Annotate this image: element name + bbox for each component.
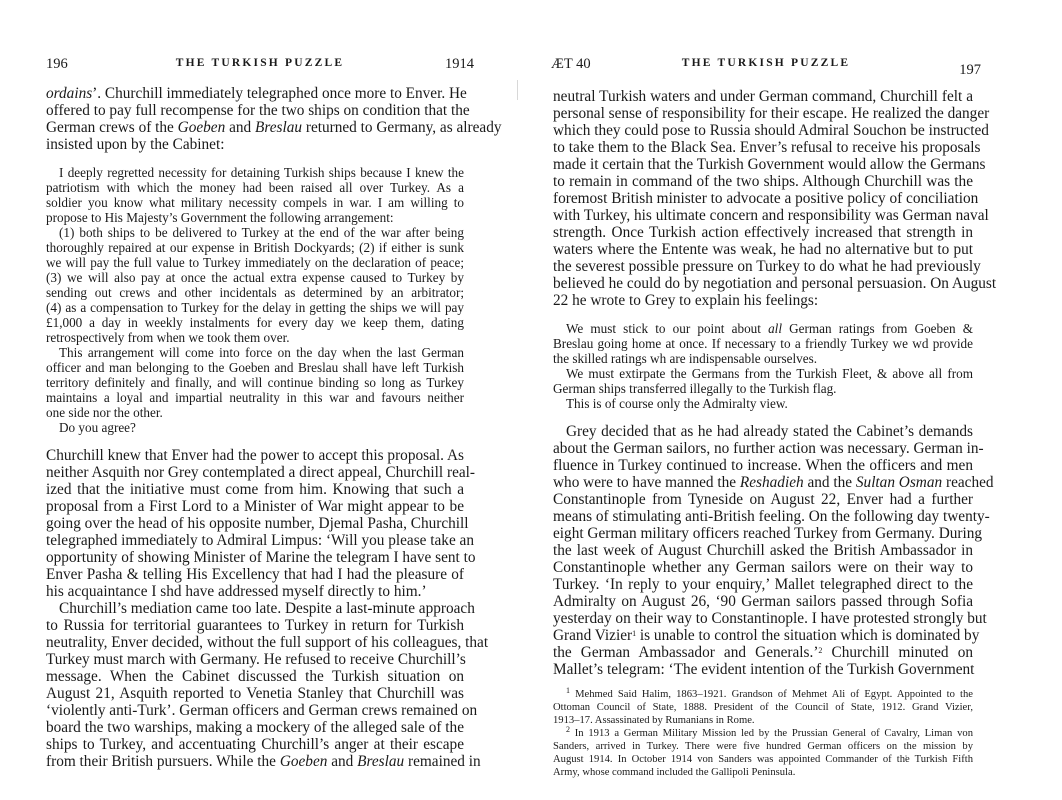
text-line: to remain in command of the two ships. A… [553,173,973,190]
text-line: retrospectively from when we took them o… [46,330,464,345]
year-label: 1914 [445,56,474,73]
paragraph: ordains’. Churchill immediately telegrap… [46,85,464,153]
text-line: to take them to the Black Sea. Enver’s r… [553,139,973,156]
text-line: I deeply regretted necessity for detaini… [46,165,464,180]
left-text-block: ordains’. Churchill immediately telegrap… [46,85,464,770]
text-line: (1) both ships to be delivered to Turkey… [46,225,464,240]
text-line: the skilled ratings wh are indispensable… [553,351,973,366]
paragraph: Churchill’s mediation came too late. Des… [46,600,464,770]
text-line: patriotism with which the money had been… [46,180,464,195]
text-line: we will pay the full value to Turkey imm… [46,255,464,270]
text-line: who were to have manned the Reshadieh an… [553,474,973,491]
text-line: territory definitely and finally, and wi… [46,375,464,390]
text-line: telegraphed immediately to Admiral Limpu… [46,532,464,549]
text-line: yesterday on their way to Constantinople… [553,610,973,627]
text-line: believed he could do by negotiation and … [553,275,973,292]
right-text-block: neutral Turkish waters and under German … [553,88,973,779]
text-line: Turkey must march with Germany. He refus… [46,651,464,668]
text-line: Constantinople whether any German sailor… [553,559,973,576]
text-line: This arrangement will come into force on… [46,345,464,360]
text-line: thoroughly repaired at our expense in Br… [46,240,464,255]
block-quote: We must stick to our point about all Ger… [553,321,973,411]
text-line: strength. Once Turkish action effectivel… [553,224,973,241]
left-page: 196 THE TURKISH PUZZLE 1914 ordains’. Ch… [0,0,531,800]
text-line: German ships transferred illegally to th… [553,381,973,396]
text-line: This is of course only the Admiralty vie… [553,396,973,411]
text-line: neutral Turkish waters and under German … [553,88,973,105]
text-line: to Russia for territorial guarantees to … [46,617,464,634]
text-line: ized that the initiative must come from … [46,481,464,498]
running-title: THE TURKISH PUZZLE [46,57,474,69]
text-line: which they could pose to Russia should A… [553,122,973,139]
text-line: made it certain that the Turkish Governm… [553,156,973,173]
text-line: with Turkey, his ultimate concern and re… [553,207,973,224]
text-line: propose to His Majesty’s Government the … [46,210,464,225]
paragraph: Grey decided that as he had already stat… [553,423,973,678]
text-line: the German Ambassador and Generals.’2 Ch… [553,644,973,661]
text-line: soldier you know what military necessity… [46,195,464,210]
paragraph: neutral Turkish waters and under German … [553,88,973,309]
text-line: Admiralty on August 26, ‘90 German sailo… [553,593,973,610]
text-line: (3) we will also pay at once the actual … [46,270,464,285]
running-head-left: 196 THE TURKISH PUZZLE 1914 [46,56,474,76]
text-line: foremost British minister to advocate a … [553,190,973,207]
text-line: personal sense of responsibility for the… [553,105,973,122]
text-line: offered to pay full recompense for the t… [46,102,464,119]
text-line: from their British pursuers. While the G… [46,753,464,770]
text-line: board the two warships, making a mockery… [46,719,464,736]
text-line: Army, whose command included the Gallipo… [553,766,973,779]
text-line: Grand Vizier1 is unable to control the s… [553,627,973,644]
footnotes: 1 Mehmed Said Halim, 1863–1921. Grandson… [553,688,973,779]
text-line: German crews of the Goeben and Breslau r… [46,119,464,136]
block-quote: I deeply regretted necessity for detaini… [46,165,464,435]
text-line: neutrality, Enver decided, without the f… [46,634,464,651]
text-line: maintains a loyal and impartial neutrali… [46,390,464,405]
text-line: Churchill’s mediation came too late. Des… [46,600,464,617]
text-line: ordains’. Churchill immediately telegrap… [46,85,464,102]
running-title: THE TURKISH PUZZLE [551,57,981,69]
paragraph: Churchill knew that Enver had the power … [46,447,464,600]
text-line: proposal from a First Lord to a Minister… [46,498,464,515]
text-line: August 1914. In October 1914 von Sanders… [553,753,973,766]
text-line: Grey decided that as he had already stat… [553,423,973,440]
text-line: waters where the Entente was weak, he ha… [553,241,973,258]
text-line: Turkey. ‘In reply to your enquiry,’ Mall… [553,576,973,593]
text-line: Do you agree? [46,420,464,435]
text-line: Ottoman Council of State, 1888. Presiden… [553,701,973,714]
text-line: officer and man belonging to the Goeben … [46,360,464,375]
text-line: one side nor the other. [46,405,464,420]
text-line: Churchill knew that Enver had the power … [46,447,464,464]
text-line: Enver Pasha & telling His Excellency tha… [46,566,464,583]
text-line: his acquaintance I shd have addressed my… [46,583,464,600]
text-line: ‘violently anti-Turk’. German officers a… [46,702,464,719]
text-line: eight German military officers reached T… [553,525,973,542]
text-line: insisted upon by the Cabinet: [46,136,464,153]
text-line: the severest possible pressure on Turkey… [553,258,973,275]
text-line: (4) as a compensation to Turkey for the … [46,300,464,315]
text-line: 1 Mehmed Said Halim, 1863–1921. Grandson… [553,688,973,701]
text-line: fluence in Turkey continued to increase.… [553,457,973,474]
text-line: the last week of August Churchill asked … [553,542,973,559]
text-line: We must stick to our point about all Ger… [553,321,973,336]
text-line: ships to Turkey, and accentuating Church… [46,736,464,753]
text-line: neither Asquith nor Grey contemplated a … [46,464,464,481]
text-line: 1913–17. Assassinated by Rumanians in Ro… [553,714,973,727]
text-line: We must extirpate the Germans from the T… [553,366,973,381]
text-line: Sanders, arrived in Turkey. There were f… [553,740,973,753]
gutter-mark [517,80,518,100]
text-line: about the German sailors, no further act… [553,440,973,457]
text-line: £1,000 a day in weekly instalments for e… [46,315,464,330]
page-number: 197 [959,62,981,79]
text-line: Mallet’s telegram: ‘The evident intentio… [553,661,973,678]
right-page: ÆT 40 THE TURKISH PUZZLE 197 neutral Tur… [531,0,1062,800]
text-line: sending out crews and other incidentals … [46,285,464,300]
text-line: 22 he wrote to Grey to explain his feeli… [553,292,973,309]
text-line: message. When the Cabinet discussed the … [46,668,464,685]
text-line: Constantinople from Tyneside on August 2… [553,491,973,508]
text-line: means of stimulating anti-British feelin… [553,508,973,525]
text-line: August 21, Asquith reported to Venetia S… [46,685,464,702]
page-speck [905,755,907,757]
text-line: going over the head of his opposite numb… [46,515,464,532]
running-head-right: ÆT 40 THE TURKISH PUZZLE 197 [551,56,981,76]
text-line: Breslau going home at once. If necessary… [553,336,973,351]
text-line: 2 In 1913 a German Military Mission led … [553,727,973,740]
text-line: opportunity of showing Minister of Marin… [46,549,464,566]
